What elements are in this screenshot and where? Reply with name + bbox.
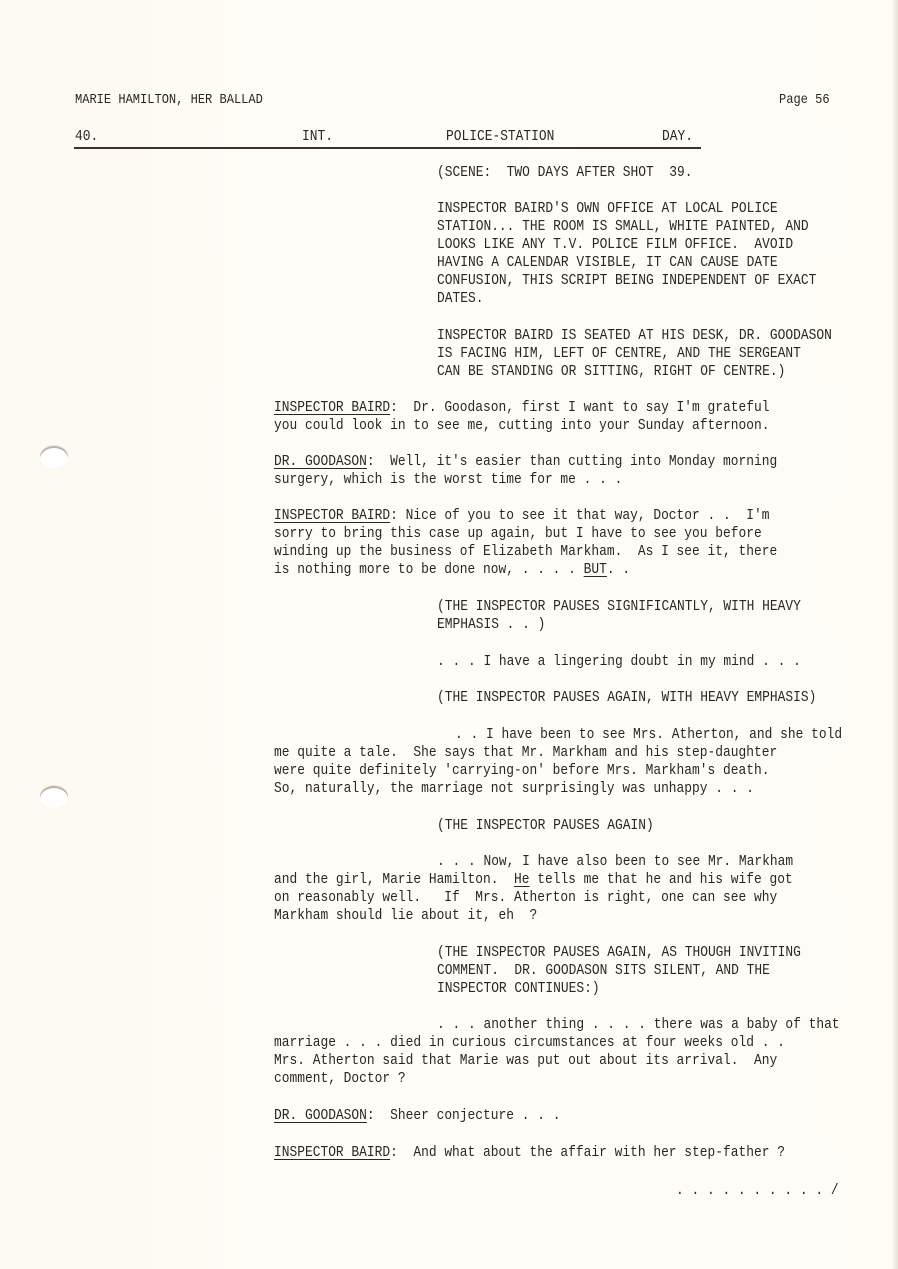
- seating-direction-line: CAN BE STANDING OR SITTING, RIGHT OF CEN…: [437, 363, 785, 381]
- seating-direction-line: INSPECTOR BAIRD IS SEATED AT HIS DESK, D…: [437, 327, 832, 345]
- pause-direction-2: (THE INSPECTOR PAUSES AGAIN, WITH HEAVY …: [437, 689, 816, 707]
- dialogue-baird-2-cont: sorry to bring this case up again, but I…: [274, 525, 762, 543]
- dialogue-baird-1-cont: you could look in to see me, cutting int…: [274, 417, 769, 435]
- speaker-name: DR. GOODASON: [274, 1107, 367, 1124]
- dialogue-baird-4: . . I have been to see Mrs. Atherton, an…: [455, 726, 842, 744]
- speaker-name: INSPECTOR BAIRD: [274, 507, 390, 524]
- emphasis-but: BUT: [584, 561, 607, 578]
- scene-direction: (SCENE: TWO DAYS AFTER SHOT 39.: [437, 164, 692, 182]
- dialogue-baird-6-cont: Mrs. Atherton said that Marie was put ou…: [274, 1052, 777, 1070]
- dialogue-goodason-1: DR. GOODASON: Well, it's easier than cut…: [274, 453, 777, 471]
- dialogue-goodason-2: DR. GOODASON: Sheer conjecture . . .: [274, 1107, 560, 1125]
- speech-text: is nothing more to be done now, . . . .: [274, 561, 584, 578]
- punch-hole-bottom: [40, 786, 68, 808]
- shot-number: 40.: [75, 128, 98, 146]
- speech-text: . .: [607, 561, 630, 578]
- pause-direction-4: INSPECTOR CONTINUES:): [437, 980, 600, 998]
- pause-direction-1: EMPHASIS . . ): [437, 616, 545, 634]
- office-direction-line: INSPECTOR BAIRD'S OWN OFFICE AT LOCAL PO…: [437, 200, 778, 218]
- emphasis-he: He: [514, 871, 529, 888]
- dialogue-baird-6-cont: marriage . . . died in curious circumsta…: [274, 1034, 785, 1052]
- office-direction-line: STATION... THE ROOM IS SMALL, WHITE PAIN…: [437, 218, 809, 236]
- speech-text: : Sheer conjecture . . .: [367, 1107, 561, 1124]
- dialogue-baird-5: . . . Now, I have also been to see Mr. M…: [437, 853, 793, 871]
- speech-text: : Dr. Goodason, first I want to say I'm …: [390, 399, 769, 416]
- office-direction-line: CONFUSION, THIS SCRIPT BEING INDEPENDENT…: [437, 272, 816, 290]
- speech-text: : And what about the affair with her ste…: [390, 1144, 785, 1161]
- script-page: MARIE HAMILTON, HER BALLAD Page 56 40. I…: [0, 0, 898, 1269]
- speaker-name: INSPECTOR BAIRD: [274, 399, 390, 416]
- dialogue-baird-4-cont: me quite a tale. She says that Mr. Markh…: [274, 744, 777, 762]
- speaker-name: DR. GOODASON: [274, 453, 367, 470]
- office-direction-line: LOOKS LIKE ANY T.V. POLICE FILM OFFICE. …: [437, 236, 793, 254]
- dialogue-baird-6: . . . another thing . . . . there was a …: [437, 1016, 840, 1034]
- dialogue-baird-2-cont: winding up the business of Elizabeth Mar…: [274, 543, 777, 561]
- speech-text: and the girl, Marie Hamilton.: [274, 871, 514, 888]
- dialogue-baird-6-cont: comment, Doctor ?: [274, 1070, 406, 1088]
- slug-time: DAY.: [662, 128, 693, 146]
- dialogue-baird-5-cont: and the girl, Marie Hamilton. He tells m…: [274, 871, 793, 889]
- dialogue-goodason-1-cont: surgery, which is the worst time for me …: [274, 471, 622, 489]
- pause-direction-3: (THE INSPECTOR PAUSES AGAIN): [437, 817, 654, 835]
- script-title: MARIE HAMILTON, HER BALLAD: [75, 91, 263, 109]
- page-number: Page 56: [779, 91, 830, 109]
- pause-direction-1: (THE INSPECTOR PAUSES SIGNIFICANTLY, WIT…: [437, 598, 801, 616]
- dialogue-baird-4-cont: were quite definitely 'carrying-on' befo…: [274, 762, 769, 780]
- dialogue-baird-5-cont: on reasonably well. If Mrs. Atherton is …: [274, 889, 777, 907]
- pause-direction-4: (THE INSPECTOR PAUSES AGAIN, AS THOUGH I…: [437, 944, 801, 962]
- continuation-mark: . . . . . . . . . . /: [676, 1182, 839, 1200]
- dialogue-baird-1: INSPECTOR BAIRD: Dr. Goodason, first I w…: [274, 399, 769, 417]
- seating-direction-line: IS FACING HIM, LEFT OF CENTRE, AND THE S…: [437, 345, 801, 363]
- office-direction-line: HAVING A CALENDAR VISIBLE, IT CAN CAUSE …: [437, 254, 778, 272]
- speech-text: : Well, it's easier than cutting into Mo…: [367, 453, 777, 470]
- dialogue-baird-4-cont: So, naturally, the marriage not surprisi…: [274, 780, 754, 798]
- dialogue-baird-3: . . . I have a lingering doubt in my min…: [437, 653, 801, 671]
- dialogue-baird-7: INSPECTOR BAIRD: And what about the affa…: [274, 1144, 785, 1162]
- slug-location: POLICE-STATION: [446, 128, 554, 146]
- slug-interior: INT.: [302, 128, 333, 146]
- office-direction-line: DATES.: [437, 290, 483, 308]
- page-edge-shadow: [892, 0, 898, 1269]
- pause-direction-4: COMMENT. DR. GOODASON SITS SILENT, AND T…: [437, 962, 770, 980]
- speech-text: : Nice of you to see it that way, Doctor…: [390, 507, 769, 524]
- speaker-name: INSPECTOR BAIRD: [274, 1144, 390, 1161]
- punch-hole-top: [40, 446, 68, 468]
- dialogue-baird-2-cont: is nothing more to be done now, . . . . …: [274, 561, 630, 579]
- slug-underline: [74, 147, 701, 149]
- dialogue-baird-2: INSPECTOR BAIRD: Nice of you to see it t…: [274, 507, 769, 525]
- speech-text: tells me that he and his wife got: [529, 871, 792, 888]
- dialogue-baird-5-cont: Markham should lie about it, eh ?: [274, 907, 537, 925]
